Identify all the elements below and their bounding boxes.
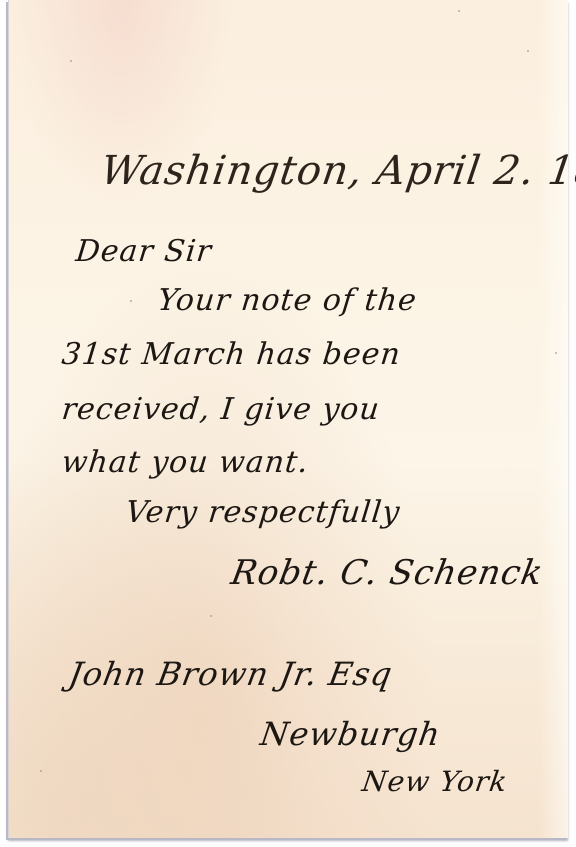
paper-speck: [70, 60, 72, 62]
paper-speck: [210, 615, 212, 617]
paper-speck: [40, 770, 42, 772]
letter-signature: Robt. C. Schenck: [228, 553, 546, 593]
letter-body-line: Your note of the: [156, 283, 419, 318]
letter-body-line: 31st March has been: [60, 337, 403, 372]
letter-salutation: Dear Sir: [74, 234, 214, 269]
scan-background: Washington, April 2. 1871. Dear Sir Your…: [0, 0, 576, 847]
paper-speck: [458, 10, 460, 12]
letter-place-date: Washington, April 2. 1871.: [98, 148, 576, 194]
letter-body-line: received, I give you: [60, 392, 382, 427]
paper-edge-fade: [538, 0, 568, 838]
paper-speck: [527, 50, 529, 52]
addressee-state: New York: [360, 765, 510, 798]
addressee-city: Newburgh: [258, 715, 443, 753]
letter-body-line: what you want.: [60, 445, 311, 480]
addressee-name: John Brown Jr. Esq: [66, 655, 396, 693]
letter-closing: Very respectfully: [124, 495, 402, 530]
paper-speck: [555, 352, 557, 354]
paper-speck: [130, 300, 132, 302]
